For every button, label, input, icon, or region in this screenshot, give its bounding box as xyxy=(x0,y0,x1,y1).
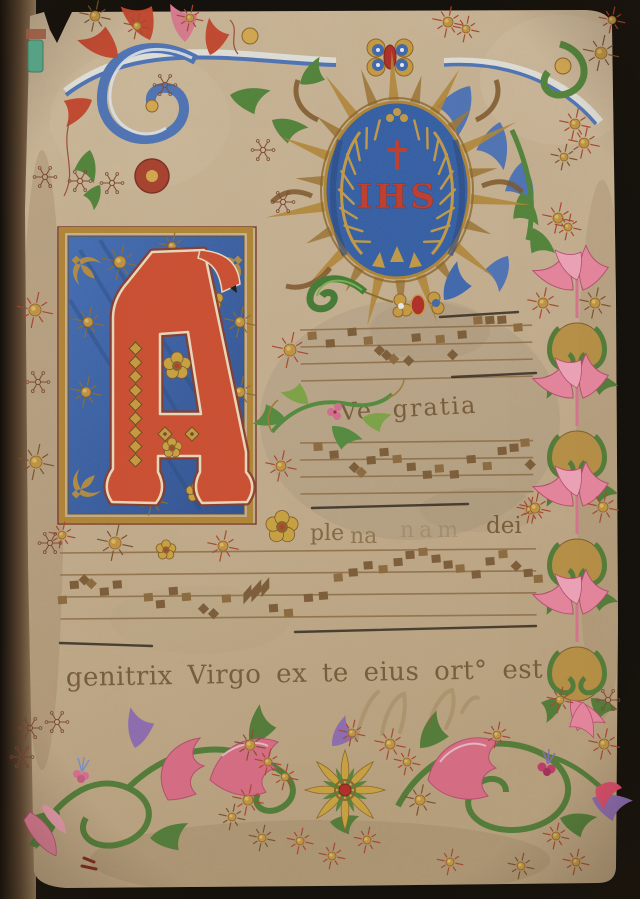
teal-patch xyxy=(28,40,43,72)
red-edge-band xyxy=(26,29,46,39)
manuscript-photo: IHS Ve gratia ple na xyxy=(0,0,640,899)
manuscript-scene: IHS Ve gratia ple na xyxy=(0,0,640,899)
vignette xyxy=(0,0,640,899)
